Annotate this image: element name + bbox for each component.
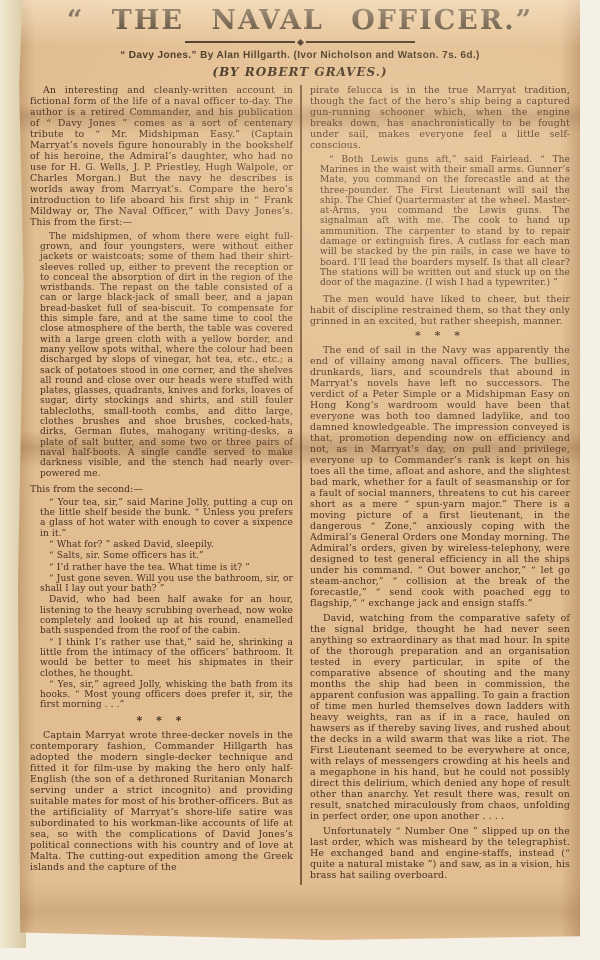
extract-paragraph: “ Salts, sir. Some officers has it.” bbox=[40, 551, 293, 561]
article-columns: An interesting and cleanly-written accou… bbox=[30, 85, 570, 885]
article-paragraph: The men would have liked to cheer, but t… bbox=[310, 294, 570, 327]
divider-bar-right bbox=[306, 41, 416, 43]
extract-paragraph: “ I think I’s rather use that,” said he,… bbox=[40, 638, 293, 679]
section-separator: * * * bbox=[310, 331, 570, 340]
article-paragraph: Unfortunately “ Number One ” slipped up … bbox=[310, 826, 570, 881]
extract-paragraph: “ Both Lewis guns aft,” said Fairlead. “… bbox=[320, 155, 570, 289]
extract-paragraph: David, who had been half awake for an ho… bbox=[40, 595, 293, 636]
extract-paragraph: “ Your tea, sir,” said Marine Jolly, put… bbox=[40, 498, 293, 539]
extract-paragraph: The midshipmen, of whom there were eight… bbox=[40, 232, 293, 479]
review-author: (BY ROBERT GRAVES.) bbox=[30, 65, 570, 79]
column-right: pirate felucca is in the true Marryat tr… bbox=[300, 85, 570, 885]
column-left: An interesting and cleanly-written accou… bbox=[30, 85, 300, 885]
lead-line: This from the second:— bbox=[30, 484, 293, 495]
divider-diamond-icon bbox=[296, 39, 303, 46]
extract-paragraph: “ Yes, sir,” agreed Jolly, whisking the … bbox=[40, 680, 293, 711]
article-paragraph: pirate felucca is in the true Marryat tr… bbox=[310, 85, 570, 151]
article-paragraph: David, watching from the comparative saf… bbox=[310, 613, 570, 822]
masthead: “ THE NAVAL OFFICER.” “ Davy Jones.” By … bbox=[30, 4, 570, 79]
section-separator: * * * bbox=[30, 716, 293, 725]
divider-bar-left bbox=[185, 41, 295, 43]
article-paragraph: The end of sail in the Navy was apparent… bbox=[310, 345, 570, 609]
article-paragraph: An interesting and cleanly-written accou… bbox=[30, 85, 293, 228]
book-byline: “ Davy Jones.” By Alan Hillgarth. (Ivor … bbox=[30, 50, 570, 61]
extract-paragraph: “ What for? ” asked David, sleepily. bbox=[40, 540, 293, 550]
article-headline: “ THE NAVAL OFFICER.” bbox=[30, 4, 570, 36]
extract-paragraph: “ I’d rather have the tea. What time is … bbox=[40, 563, 293, 573]
newspaper-clipping: “ THE NAVAL OFFICER.” “ Davy Jones.” By … bbox=[18, 0, 580, 940]
extract-paragraph: “ Just gone seven. Will you use the bath… bbox=[40, 574, 293, 595]
article-paragraph: Captain Marryat wrote three-decker novel… bbox=[30, 730, 293, 873]
headline-divider bbox=[185, 40, 415, 45]
